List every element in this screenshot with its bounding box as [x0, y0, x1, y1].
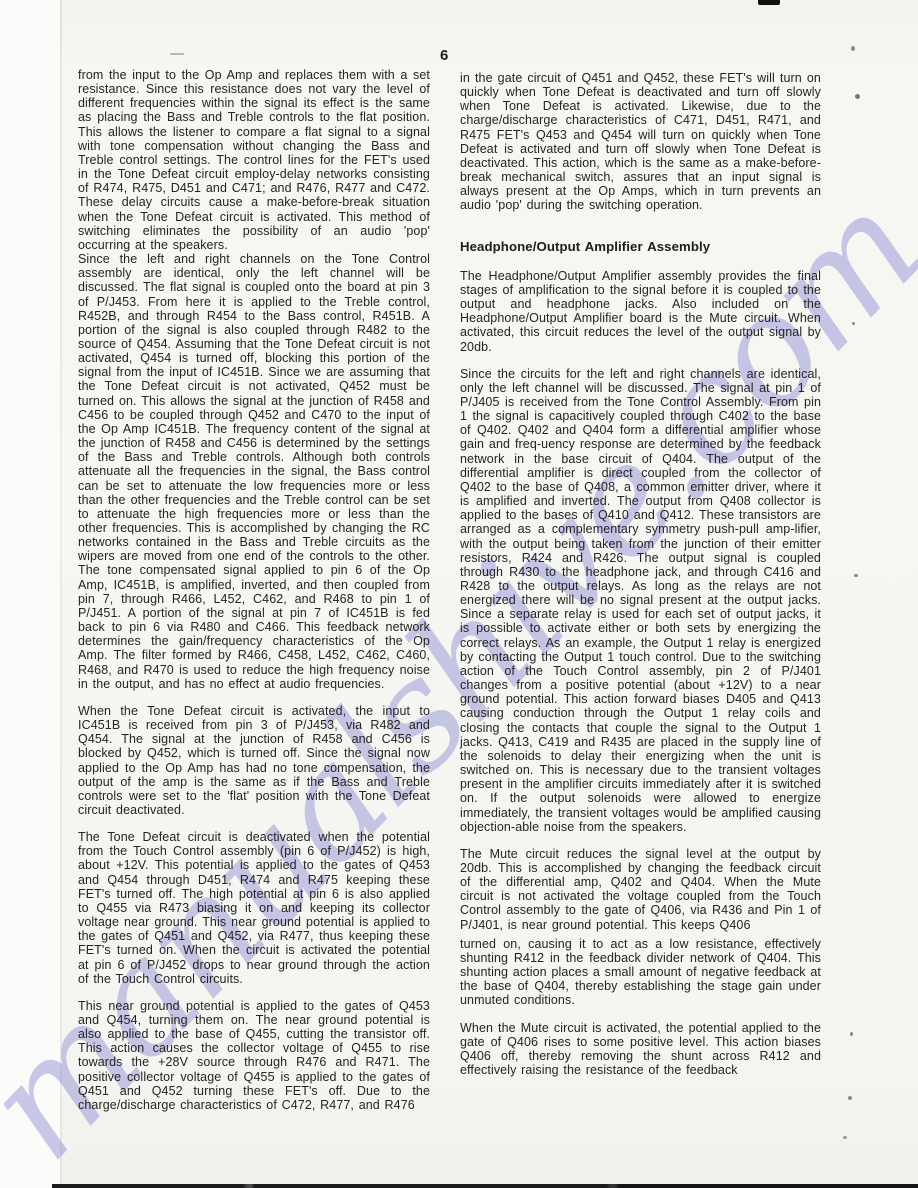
right-column: in the gate circuit of Q451 and Q452, th…	[460, 71, 821, 1077]
paragraph: Since the left and right channels on the…	[78, 252, 430, 691]
bottom-scan-bar	[52, 1184, 918, 1188]
paragraph: from the input to the Op Amp and replace…	[78, 68, 430, 252]
scan-speck	[854, 574, 858, 577]
paragraph: in the gate circuit of Q451 and Q452, th…	[460, 71, 821, 213]
paragraph: The Headphone/Output Amplifier assembly …	[460, 269, 821, 354]
scan-speck	[848, 1096, 852, 1100]
paragraph: The Mute circuit reduces the signal leve…	[460, 847, 821, 932]
paragraph: turned on, causing it to act as a low re…	[460, 937, 821, 1008]
scan-speck	[855, 94, 860, 99]
scan-speck	[851, 46, 855, 51]
paragraph: When the Tone Defeat circuit is activate…	[78, 704, 430, 817]
left-column: from the input to the Op Amp and replace…	[78, 68, 430, 1112]
scan-speck	[852, 322, 855, 325]
paragraph: This near ground potential is applied to…	[78, 999, 430, 1112]
paragraph: Since the circuits for the left and righ…	[460, 367, 821, 834]
paragraph: When the Mute circuit is activated, the …	[460, 1021, 821, 1078]
paragraph: The Tone Defeat circuit is deactivated w…	[78, 830, 430, 986]
scanned-manual-page: manualshive.com 6 from the input to the …	[0, 0, 918, 1188]
top-scan-mark	[758, 0, 780, 5]
scan-speck	[850, 1032, 853, 1036]
left-margin-strip	[0, 0, 60, 1188]
scan-smudge	[170, 53, 184, 55]
scan-speck	[843, 1136, 847, 1139]
page-number: 6	[440, 47, 448, 64]
section-heading: Headphone/Output Amplifier Assembly	[460, 240, 821, 254]
page-edge-shadow	[60, 0, 62, 1188]
